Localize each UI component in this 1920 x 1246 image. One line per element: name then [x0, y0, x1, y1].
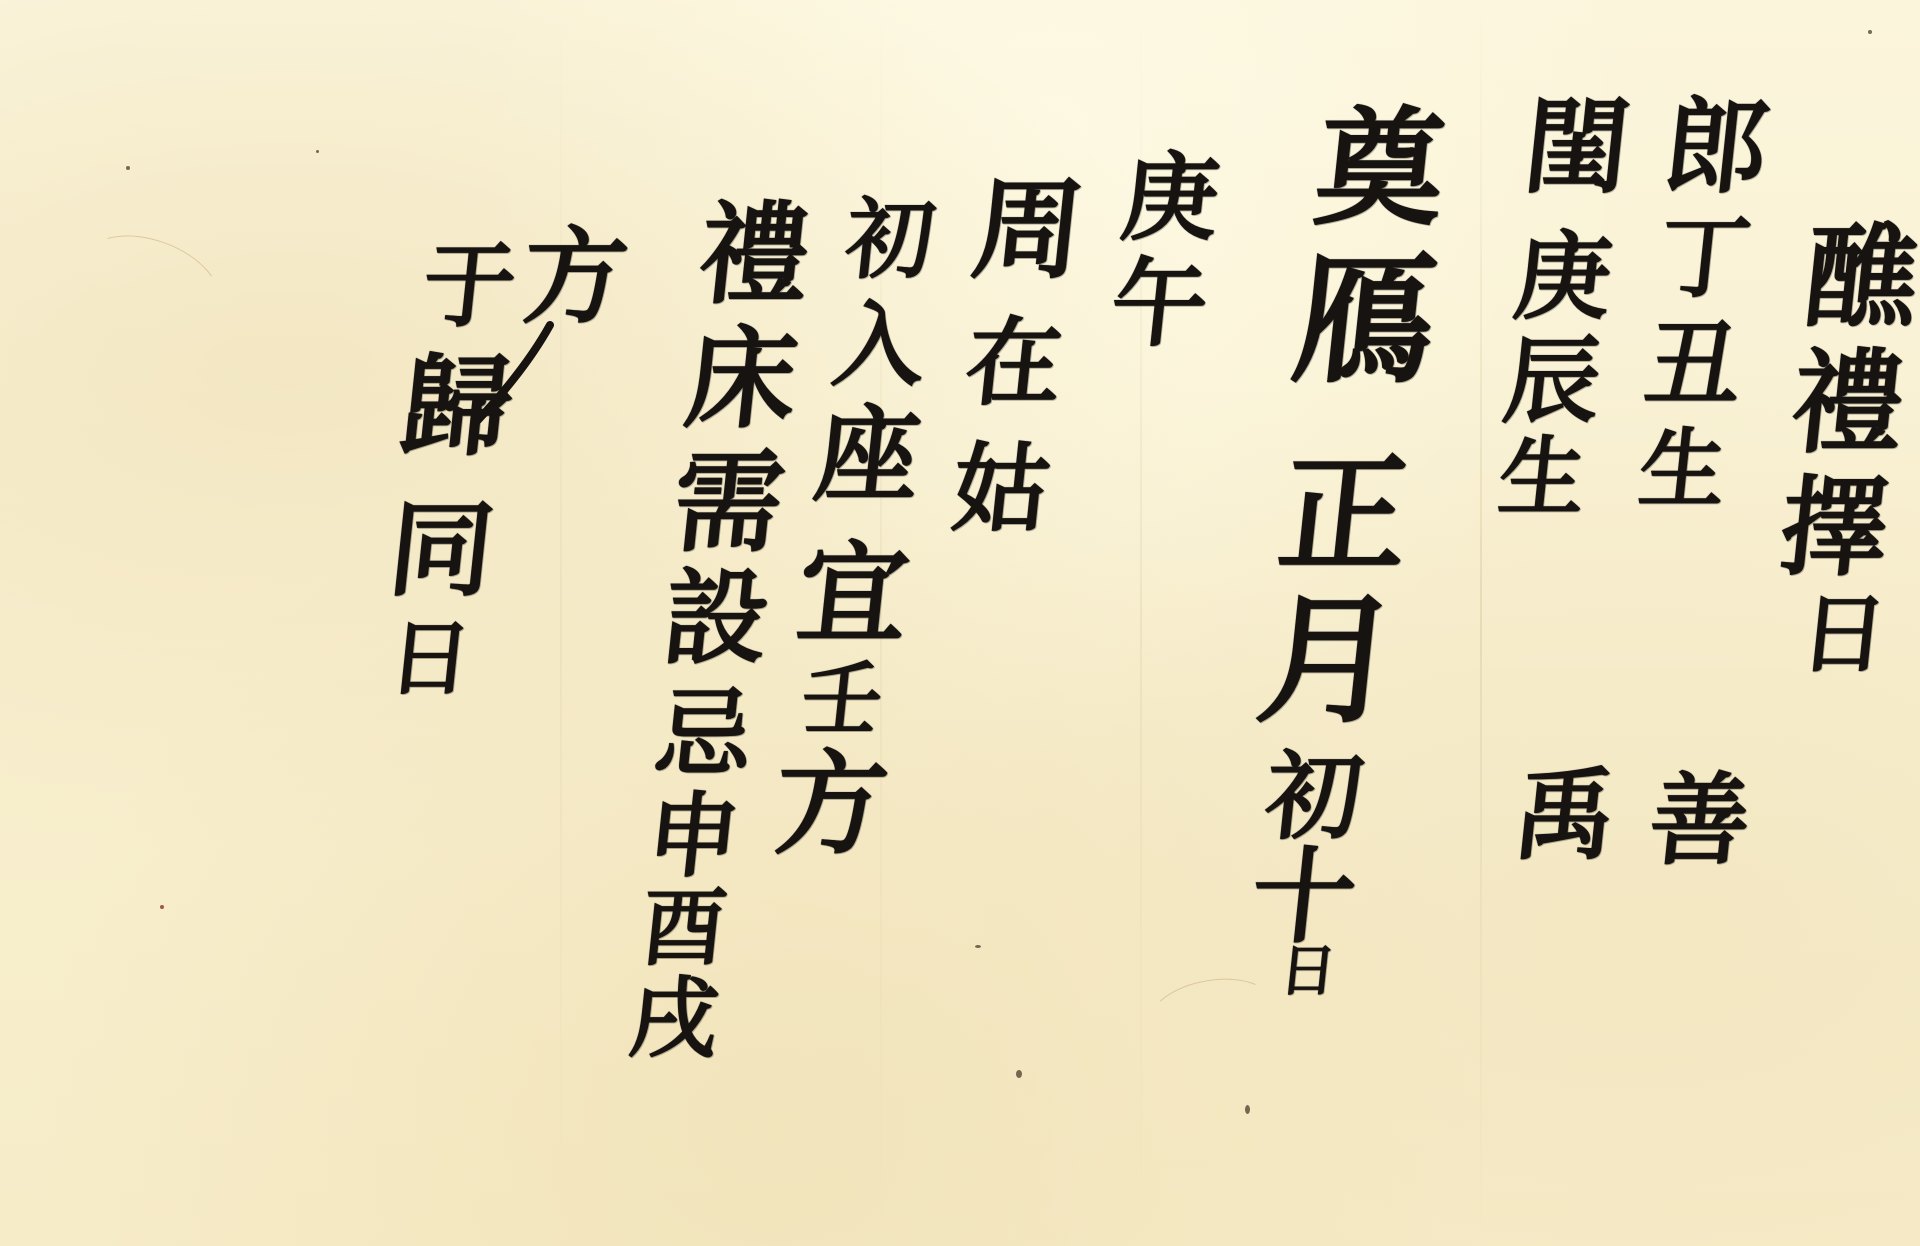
- paper-speck: [316, 150, 319, 153]
- paper-speck: [1868, 30, 1872, 34]
- paper-speck: [1016, 1070, 1022, 1078]
- char: 辰: [1499, 333, 1605, 429]
- char: 同: [384, 498, 499, 602]
- char: 在: [961, 315, 1067, 411]
- char: 日: [385, 618, 476, 700]
- char: 丁: [1655, 213, 1754, 303]
- char: 鴈: [1287, 251, 1442, 391]
- signature-groom: 善: [1640, 770, 1761, 870]
- char: 庚: [1510, 229, 1616, 325]
- char: 郎: [1659, 95, 1774, 199]
- char: 日: [1796, 592, 1891, 678]
- char: 于: [418, 240, 520, 332]
- char: 奠: [1310, 105, 1451, 233]
- paper-speck: [160, 905, 164, 909]
- char: 禮: [1786, 348, 1910, 460]
- char: 方: [769, 749, 893, 861]
- char: 床: [681, 324, 803, 434]
- char: 戌: [626, 974, 723, 1062]
- char: 方: [518, 225, 633, 329]
- char: 生: [1635, 427, 1730, 513]
- char: 擇: [1775, 474, 1894, 582]
- char: 閨: [1519, 95, 1634, 199]
- char: 醮: [1799, 222, 1920, 334]
- char: 午: [1106, 256, 1212, 352]
- char: 宜: [792, 539, 914, 649]
- char: 正: [1273, 451, 1414, 579]
- char: 申: [643, 790, 745, 882]
- paper-speck: [1245, 1105, 1250, 1114]
- char: 十: [1246, 845, 1361, 949]
- char: 月: [1251, 591, 1406, 731]
- char: 設: [659, 566, 774, 670]
- char: 丑: [1641, 317, 1747, 413]
- char: 初: [842, 195, 939, 283]
- paper-speck: [975, 945, 981, 948]
- char: 姑: [948, 441, 1054, 537]
- char: 入: [828, 299, 930, 391]
- char: 需: [668, 448, 790, 558]
- char: 忌: [651, 686, 757, 782]
- column-time: 庚 午: [1099, 150, 1230, 352]
- paper-fold-line: [1480, 0, 1482, 1246]
- char: 禮: [694, 200, 816, 310]
- paper-speck: [126, 166, 130, 170]
- char: 壬: [798, 659, 886, 739]
- char: 庚: [1118, 150, 1224, 246]
- paper-fold-line: [560, 0, 562, 1246]
- char: 歸: [396, 352, 518, 462]
- char: 周: [967, 175, 1089, 285]
- char: 生: [1495, 435, 1590, 521]
- char: 日: [1277, 943, 1339, 999]
- char: 善: [1645, 770, 1756, 870]
- char: 酉: [637, 886, 730, 970]
- char: 初: [1261, 749, 1367, 845]
- signature-bride: 禹: [1510, 765, 1621, 865]
- char: 禹: [1510, 765, 1621, 865]
- char: 座: [810, 403, 925, 507]
